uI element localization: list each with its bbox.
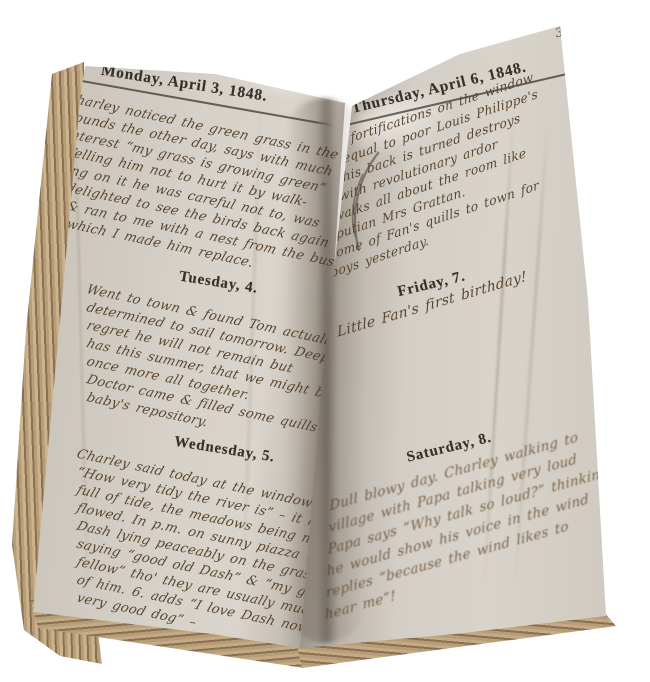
left-page-content: Monday, April 3, 1848. Charley noticed t…	[78, 64, 311, 101]
handwriting-entry-tuesday: Went to town & found Tom actually determ…	[86, 281, 348, 407]
diary-photo: Monday, April 3, 1848. Charley noticed t…	[0, 0, 650, 682]
right-page-content: 33 Thursday, April 6, 1848. builds forti…	[327, 0, 560, 42]
handwriting-entry-monday: Charley noticed the green grass in the b…	[66, 89, 363, 233]
